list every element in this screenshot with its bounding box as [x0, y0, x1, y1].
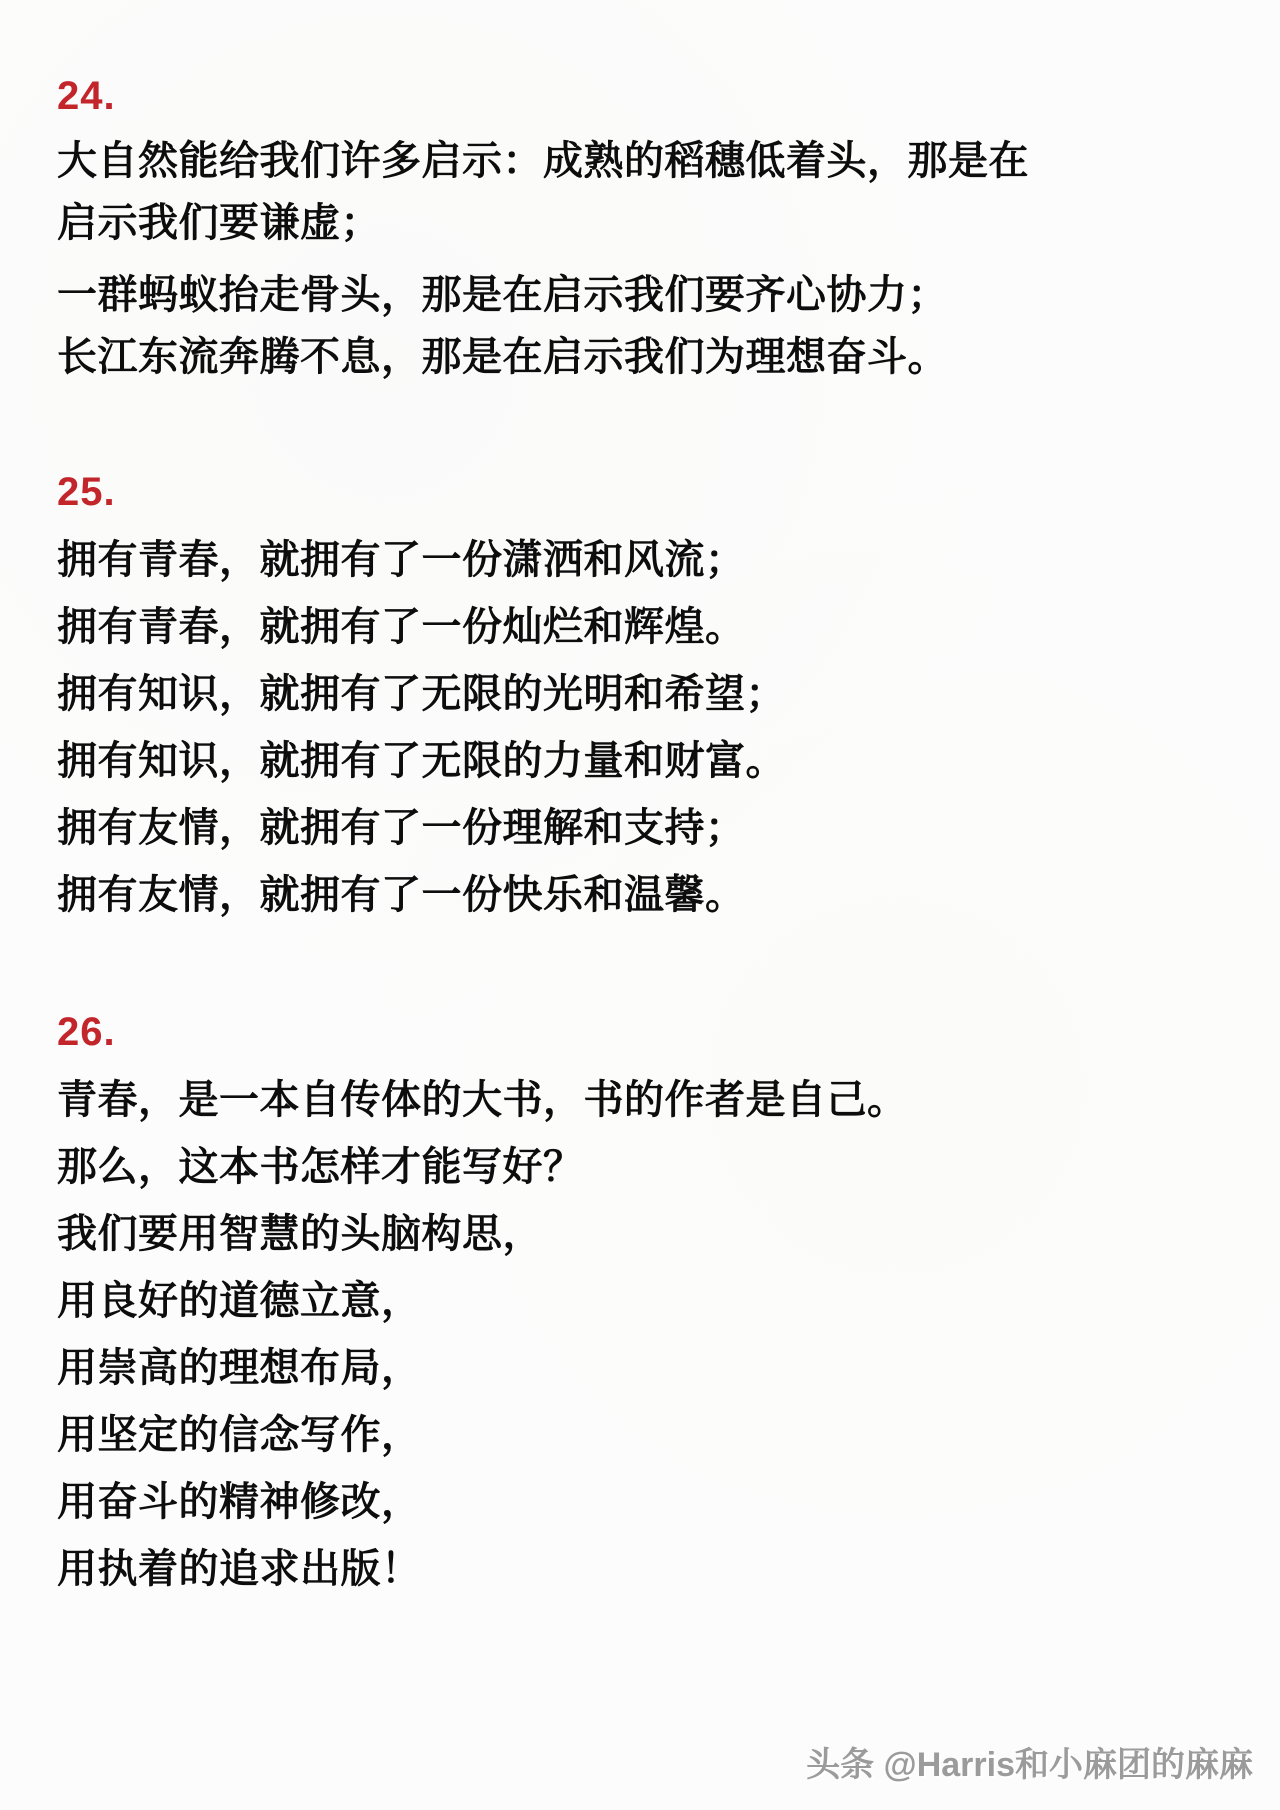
text-line: 我们要用智慧的头脑构思， [57, 1200, 1240, 1267]
text-line: 用执着的追求出版！ [57, 1535, 1240, 1602]
section-25: 25. 拥有青春，就拥有了一份潇洒和风流； 拥有青春，就拥有了一份灿烂和辉煌。 … [57, 468, 1240, 928]
text-line: 拥有青春，就拥有了一份灿烂和辉煌。 [57, 593, 1240, 660]
text-line: 用崇高的理想布局， [57, 1334, 1240, 1401]
text-line: 青春，是一本自传体的大书，书的作者是自己。 [57, 1066, 1240, 1133]
section-24: 24. 大自然能给我们许多启示：成熟的稻穗低着头，那是在 启示我们要谦虚； 一群… [57, 72, 1240, 388]
text-line: 拥有青春，就拥有了一份潇洒和风流； [57, 526, 1240, 593]
document-content: 24. 大自然能给我们许多启示：成熟的稻穗低着头，那是在 启示我们要谦虚； 一群… [0, 0, 1280, 1602]
watermark: 头条 @Harris和小麻团的麻麻 [806, 1744, 1253, 1786]
text-line: 启示我们要谦虚； [57, 192, 1240, 254]
text-line: 长江东流奔腾不息，那是在启示我们为理想奋斗。 [57, 326, 1240, 388]
text-line: 大自然能给我们许多启示：成熟的稻穗低着头，那是在 [57, 130, 1240, 192]
text-line: 用奋斗的精神修改， [57, 1468, 1240, 1535]
section-number: 26. [57, 1008, 1240, 1056]
text-line: 用良好的道德立意， [57, 1267, 1240, 1334]
text-line: 那么，这本书怎样才能写好？ [57, 1133, 1240, 1200]
text-line: 拥有友情，就拥有了一份快乐和温馨。 [57, 861, 1240, 928]
text-line: 拥有友情，就拥有了一份理解和支持； [57, 794, 1240, 861]
section-number: 25. [57, 468, 1240, 516]
text-line: 一群蚂蚁抬走骨头，那是在启示我们要齐心协力； [57, 264, 1240, 326]
section-26: 26. 青春，是一本自传体的大书，书的作者是自己。 那么，这本书怎样才能写好？ … [57, 1008, 1240, 1602]
document-page: 24. 大自然能给我们许多启示：成熟的稻穗低着头，那是在 启示我们要谦虚； 一群… [0, 0, 1280, 1810]
section-number: 24. [57, 72, 1240, 120]
text-line: 拥有知识，就拥有了无限的力量和财富。 [57, 727, 1240, 794]
text-line: 拥有知识，就拥有了无限的光明和希望； [57, 660, 1240, 727]
text-line: 用坚定的信念写作， [57, 1401, 1240, 1468]
